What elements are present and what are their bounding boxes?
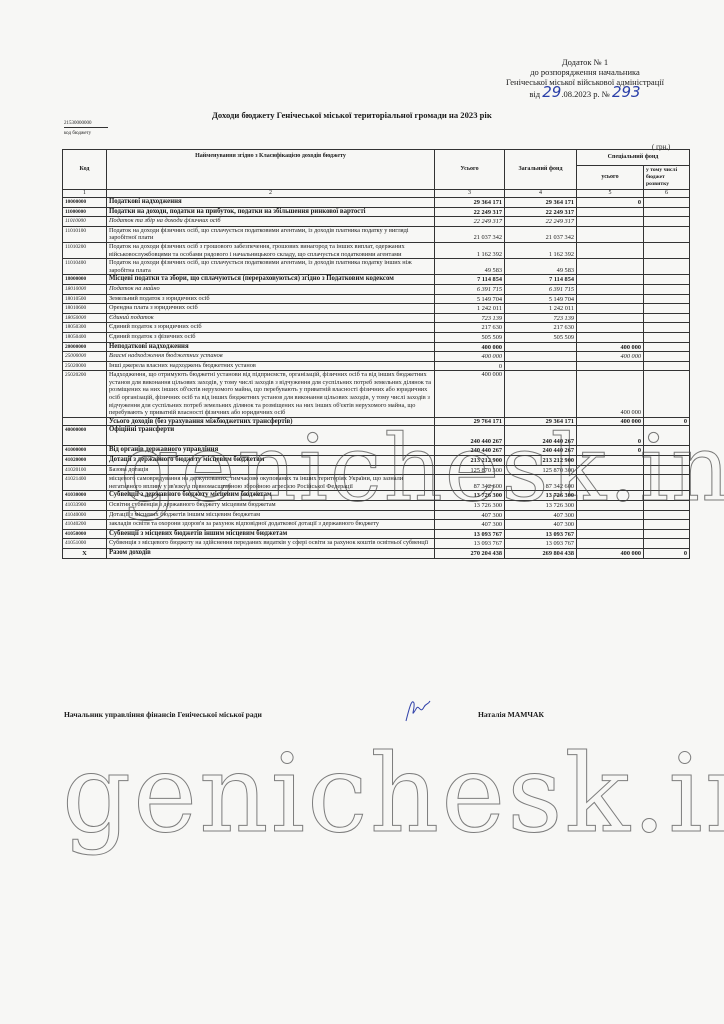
table-row: 18050300Єдиний податок з юридичних осіб2… bbox=[63, 323, 690, 333]
row-special-fund bbox=[577, 361, 644, 371]
table-row: 18050400Єдиний податок з фізичних осіб50… bbox=[63, 332, 690, 342]
row-code: 11000000 bbox=[63, 207, 107, 217]
row-name: Офіційні трансферти bbox=[107, 426, 435, 446]
table-row: 18010500Земельний податок з юридичних ос… bbox=[63, 294, 690, 304]
column-index-row: 123456 bbox=[63, 190, 690, 198]
row-name: Усього доходів (без урахування міжбюджет… bbox=[107, 417, 435, 426]
handwritten-day: 29 bbox=[542, 83, 561, 101]
row-code: 18010500 bbox=[63, 294, 107, 304]
column-index-cell: 5 bbox=[577, 190, 644, 198]
budget-code-underline bbox=[64, 127, 108, 128]
row-code: 18000000 bbox=[63, 275, 107, 285]
row-development-budget bbox=[644, 352, 690, 362]
row-development-budget bbox=[644, 342, 690, 352]
addendum-number: Додаток № 1 bbox=[470, 57, 700, 67]
row-code: 41020000 bbox=[63, 456, 107, 466]
row-name: Інші джерела власних надходжень бюджетни… bbox=[107, 361, 435, 371]
date-rest: .08.2023 р. № bbox=[561, 89, 610, 99]
row-special-fund bbox=[577, 217, 644, 227]
row-development-budget bbox=[644, 465, 690, 475]
row-special-fund: 400 000 bbox=[577, 548, 644, 558]
row-general-fund bbox=[505, 352, 577, 362]
row-special-fund bbox=[577, 332, 644, 342]
row-name: Базова дотація bbox=[107, 465, 435, 475]
table-row: 41020100Базова дотація125 870 300125 870… bbox=[63, 465, 690, 475]
row-special-fund bbox=[577, 259, 644, 275]
row-total: 29 364 171 bbox=[435, 198, 505, 208]
row-development-budget bbox=[644, 510, 690, 520]
row-general-fund: 13 726 300 bbox=[505, 491, 577, 501]
row-general-fund: 13 093 767 bbox=[505, 529, 577, 539]
column-index-cell: 1 bbox=[63, 190, 107, 198]
row-development-budget bbox=[644, 501, 690, 511]
addendum-line2: до розпорядження начальника bbox=[470, 67, 700, 77]
row-special-fund bbox=[577, 501, 644, 511]
table-row: 25020000Інші джерела власних надходжень … bbox=[63, 361, 690, 371]
row-general-fund: 87 342 600 bbox=[505, 475, 577, 491]
row-name: Податок на доходи фізичних осіб, що спла… bbox=[107, 259, 435, 275]
row-special-fund bbox=[577, 465, 644, 475]
table-row: 41030000Субвенції з державного бюджету м… bbox=[63, 491, 690, 501]
budget-code-label: код бюджету bbox=[64, 131, 108, 136]
row-development-budget bbox=[644, 361, 690, 371]
row-total: 5 149 704 bbox=[435, 294, 505, 304]
row-development-budget bbox=[644, 491, 690, 501]
row-name: Податки на доходи, податки на прибуток, … bbox=[107, 207, 435, 217]
header-special-development: у тому числі бюджет розвитку bbox=[644, 166, 690, 190]
row-name: Власні надходження бюджетних установ bbox=[107, 352, 435, 362]
header-special-total: усього bbox=[577, 166, 644, 190]
row-total: 407 300 bbox=[435, 510, 505, 520]
row-code: 25000000 bbox=[63, 352, 107, 362]
column-index-cell: 4 bbox=[505, 190, 577, 198]
row-special-fund bbox=[577, 456, 644, 466]
row-special-fund bbox=[577, 226, 644, 242]
row-total: 13 093 767 bbox=[435, 529, 505, 539]
row-name: Податок на майно bbox=[107, 284, 435, 294]
row-name: Надходження, що отримують бюджетні устан… bbox=[107, 371, 435, 418]
table-row: 18000000Місцеві податки та збори, що спл… bbox=[63, 275, 690, 285]
row-general-fund: 217 630 bbox=[505, 323, 577, 333]
row-total: 240 440 267 bbox=[435, 446, 505, 456]
row-special-fund bbox=[577, 539, 644, 549]
row-development-budget bbox=[644, 217, 690, 227]
table-row: 41033900Освітня субвенція з державного б… bbox=[63, 501, 690, 511]
row-total: 400 000 bbox=[435, 371, 505, 418]
row-name: Земельний податок з юридичних осіб bbox=[107, 294, 435, 304]
table-row: 11010200Податок на доходи фізичних осіб … bbox=[63, 242, 690, 258]
table-row: 41050000Субвенції з місцевих бюджетів ін… bbox=[63, 529, 690, 539]
row-development-budget bbox=[644, 332, 690, 342]
row-total: 1 242 011 bbox=[435, 304, 505, 314]
row-general-fund: 5 149 704 bbox=[505, 294, 577, 304]
row-total: 400 000 bbox=[435, 352, 505, 362]
row-general-fund: 13 726 300 bbox=[505, 501, 577, 511]
row-special-fund: 0 bbox=[577, 446, 644, 456]
row-general-fund: 125 870 300 bbox=[505, 465, 577, 475]
row-code: 18050400 bbox=[63, 332, 107, 342]
row-general-fund: 29 364 171 bbox=[505, 198, 577, 208]
row-special-fund: 400 000 bbox=[577, 371, 644, 418]
row-development-budget bbox=[644, 275, 690, 285]
table-row: 18050000Єдиний податок723 139723 139 bbox=[63, 313, 690, 323]
row-name: Єдиний податок з фізичних осіб bbox=[107, 332, 435, 342]
row-general-fund bbox=[505, 361, 577, 371]
row-general-fund: 407 300 bbox=[505, 510, 577, 520]
row-general-fund: 723 139 bbox=[505, 313, 577, 323]
row-code: 41000000 bbox=[63, 446, 107, 456]
row-name: Неподаткові надходження bbox=[107, 342, 435, 352]
row-development-budget bbox=[644, 426, 690, 446]
row-development-budget bbox=[644, 529, 690, 539]
row-development-budget bbox=[644, 475, 690, 491]
row-special-fund bbox=[577, 520, 644, 530]
row-name: місцевого самоврядування на деокупованих… bbox=[107, 475, 435, 491]
row-name: Субвенції з місцевих бюджетів іншим місц… bbox=[107, 529, 435, 539]
row-name: Податок та збір на доходи фізичних осіб bbox=[107, 217, 435, 227]
row-special-fund: 400 000 bbox=[577, 342, 644, 352]
row-development-budget: 0 bbox=[644, 548, 690, 558]
row-special-fund bbox=[577, 475, 644, 491]
row-special-fund bbox=[577, 529, 644, 539]
row-code: 41050000 bbox=[63, 529, 107, 539]
row-general-fund: 29 364 171 bbox=[505, 417, 577, 426]
row-general-fund: 1 242 011 bbox=[505, 304, 577, 314]
row-code: 18010600 bbox=[63, 304, 107, 314]
row-development-budget bbox=[644, 207, 690, 217]
row-code: 11010100 bbox=[63, 226, 107, 242]
table-row: 11010100Податок на доходи фізичних осіб,… bbox=[63, 226, 690, 242]
header-name: Найменування згідно з Класифікацією дохо… bbox=[107, 150, 435, 190]
row-general-fund: 505 509 bbox=[505, 332, 577, 342]
row-total: 213 212 900 bbox=[435, 456, 505, 466]
row-general-fund bbox=[505, 342, 577, 352]
handwritten-number: 293 bbox=[612, 83, 641, 101]
row-special-fund bbox=[577, 294, 644, 304]
row-code bbox=[63, 417, 107, 426]
row-name: Податок на доходи фізичних осіб, що спла… bbox=[107, 226, 435, 242]
row-code: 25020200 bbox=[63, 371, 107, 418]
row-development-budget bbox=[644, 198, 690, 208]
budget-code-block: 21530000000 код бюджету bbox=[64, 121, 108, 136]
row-special-fund bbox=[577, 491, 644, 501]
table-row: 41020000Дотації з державного бюджету міс… bbox=[63, 456, 690, 466]
row-total: 217 630 bbox=[435, 323, 505, 333]
row-special-fund bbox=[577, 207, 644, 217]
document-title: Доходи бюджету Генічеської міської терит… bbox=[212, 110, 492, 120]
column-index-cell: 6 bbox=[644, 190, 690, 198]
row-code: 20000000 bbox=[63, 342, 107, 352]
table-row: 25020200Надходження, що отримують бюджет… bbox=[63, 371, 690, 418]
table-row: 41040200закладів освіти та охорони здоро… bbox=[63, 520, 690, 530]
table-row: 18010600Орендна плата з юридичних осіб1 … bbox=[63, 304, 690, 314]
row-code: 10000000 bbox=[63, 198, 107, 208]
row-name: Податок на доходи фізичних осіб з грошов… bbox=[107, 242, 435, 258]
row-development-budget bbox=[644, 242, 690, 258]
row-name: Орендна плата з юридичних осіб bbox=[107, 304, 435, 314]
row-total: 723 139 bbox=[435, 313, 505, 323]
row-development-budget: 0 bbox=[644, 417, 690, 426]
row-code: X bbox=[63, 548, 107, 558]
row-general-fund: 269 804 438 bbox=[505, 548, 577, 558]
row-total: 13 093 767 bbox=[435, 539, 505, 549]
row-code: 41021400 bbox=[63, 475, 107, 491]
row-total: 1 162 392 bbox=[435, 242, 505, 258]
table-row: Усього доходів (без урахування міжбюджет… bbox=[63, 417, 690, 426]
row-development-budget bbox=[644, 226, 690, 242]
row-total: 13 726 300 bbox=[435, 491, 505, 501]
row-general-fund: 49 583 bbox=[505, 259, 577, 275]
revenue-table: Код Найменування згідно з Класифікацією … bbox=[62, 149, 690, 559]
table-row: 11000000Податки на доходи, податки на пр… bbox=[63, 207, 690, 217]
row-special-fund: 400 000 bbox=[577, 417, 644, 426]
row-special-fund: 0 bbox=[577, 426, 644, 446]
row-total: 6 391 715 bbox=[435, 284, 505, 294]
row-development-budget bbox=[644, 456, 690, 466]
row-code: 41040200 bbox=[63, 520, 107, 530]
signature-position: Начальник управління фінансів Генічесько… bbox=[64, 710, 262, 719]
row-development-budget bbox=[644, 371, 690, 418]
row-total: 125 870 300 bbox=[435, 465, 505, 475]
row-special-fund: 0 bbox=[577, 198, 644, 208]
row-name: Єдиний податок з юридичних осіб bbox=[107, 323, 435, 333]
row-total: 21 037 342 bbox=[435, 226, 505, 242]
date-prefix: від bbox=[529, 89, 540, 99]
row-special-fund bbox=[577, 275, 644, 285]
row-development-budget bbox=[644, 539, 690, 549]
row-code: 41051000 bbox=[63, 539, 107, 549]
row-code: 41030000 bbox=[63, 491, 107, 501]
row-special-fund bbox=[577, 510, 644, 520]
table-row: 20000000Неподаткові надходження400 00040… bbox=[63, 342, 690, 352]
table-row: 41000000Від органів державного управлінн… bbox=[63, 446, 690, 456]
row-total: 0 bbox=[435, 361, 505, 371]
row-general-fund: 240 440 267 bbox=[505, 426, 577, 446]
row-development-budget bbox=[644, 284, 690, 294]
row-development-budget bbox=[644, 259, 690, 275]
row-special-fund: 400 000 bbox=[577, 352, 644, 362]
row-total: 49 583 bbox=[435, 259, 505, 275]
row-general-fund: 13 093 767 bbox=[505, 539, 577, 549]
row-total: 87 342 600 bbox=[435, 475, 505, 491]
row-development-budget bbox=[644, 313, 690, 323]
budget-code-value: 21530000000 bbox=[64, 121, 108, 126]
row-name: Від органів державного управління bbox=[107, 446, 435, 456]
table-row: 41021400місцевого самоврядування на деок… bbox=[63, 475, 690, 491]
row-code: 11010000 bbox=[63, 217, 107, 227]
addendum-header: Додаток № 1 до розпорядження начальника … bbox=[470, 57, 700, 99]
row-total: 29 764 171 bbox=[435, 417, 505, 426]
row-development-budget bbox=[644, 294, 690, 304]
table-row: XРазом доходів270 204 438269 804 438400 … bbox=[63, 548, 690, 558]
row-name: Субвенція з місцевого бюджету на здійсне… bbox=[107, 539, 435, 549]
column-index-cell: 2 bbox=[107, 190, 435, 198]
table-row: 40000000Офіційні трансферти240 440 26724… bbox=[63, 426, 690, 446]
row-name: закладів освіти та охорони здоров'я за р… bbox=[107, 520, 435, 530]
row-total: 22 249 317 bbox=[435, 217, 505, 227]
row-code: 18010000 bbox=[63, 284, 107, 294]
row-name: Єдиний податок bbox=[107, 313, 435, 323]
row-code: 41020100 bbox=[63, 465, 107, 475]
table-body: 10000000Податкові надходження29 364 1712… bbox=[63, 198, 690, 559]
table-row: 25000000Власні надходження бюджетних уст… bbox=[63, 352, 690, 362]
row-special-fund bbox=[577, 313, 644, 323]
row-total: 505 509 bbox=[435, 332, 505, 342]
row-special-fund bbox=[577, 304, 644, 314]
header-code: Код bbox=[63, 150, 107, 190]
table-row: 41051000Субвенція з місцевого бюджету на… bbox=[63, 539, 690, 549]
row-name: Субвенції з державного бюджету місцевим … bbox=[107, 491, 435, 501]
row-name: Дотації з місцевих бюджетів іншим місцев… bbox=[107, 510, 435, 520]
row-general-fund: 407 300 bbox=[505, 520, 577, 530]
row-general-fund bbox=[505, 371, 577, 418]
row-general-fund: 6 391 715 bbox=[505, 284, 577, 294]
row-total: 407 300 bbox=[435, 520, 505, 530]
row-code: 40000000 bbox=[63, 426, 107, 446]
document-page: Додаток № 1 до розпорядження начальника … bbox=[0, 0, 724, 1024]
watermark: genichesk.info bbox=[62, 732, 724, 857]
row-code: 11010400 bbox=[63, 259, 107, 275]
row-code: 18050000 bbox=[63, 313, 107, 323]
table-row: 18010000Податок на майно6 391 7156 391 7… bbox=[63, 284, 690, 294]
row-general-fund: 1 162 392 bbox=[505, 242, 577, 258]
row-total: 7 114 854 bbox=[435, 275, 505, 285]
row-code: 18050300 bbox=[63, 323, 107, 333]
row-total: 270 204 438 bbox=[435, 548, 505, 558]
header-total: Усього bbox=[435, 150, 505, 190]
row-special-fund bbox=[577, 242, 644, 258]
row-name: Дотації з державного бюджету місцевим бю… bbox=[107, 456, 435, 466]
table-row: 10000000Податкові надходження29 364 1712… bbox=[63, 198, 690, 208]
table-row: 11010400Податок на доходи фізичних осіб,… bbox=[63, 259, 690, 275]
row-name: Місцеві податки та збори, що сплачуються… bbox=[107, 275, 435, 285]
row-total: 240 440 267 bbox=[435, 426, 505, 446]
row-special-fund bbox=[577, 284, 644, 294]
header-special-fund: Спеціальний фонд bbox=[577, 150, 690, 166]
row-total: 13 726 300 bbox=[435, 501, 505, 511]
signature-name: Наталія МАМЧАК bbox=[478, 710, 544, 719]
row-general-fund: 22 249 317 bbox=[505, 207, 577, 217]
row-total: 22 249 317 bbox=[435, 207, 505, 217]
addendum-date: від 29.08.2023 р. № 293 bbox=[470, 87, 700, 99]
row-name: Разом доходів bbox=[107, 548, 435, 558]
row-development-budget bbox=[644, 520, 690, 530]
row-general-fund: 21 037 342 bbox=[505, 226, 577, 242]
table-row: 41040000Дотації з місцевих бюджетів інши… bbox=[63, 510, 690, 520]
header-general-fund: Загальний фонд bbox=[505, 150, 577, 190]
row-code: 41040000 bbox=[63, 510, 107, 520]
row-general-fund: 22 249 317 bbox=[505, 217, 577, 227]
addendum-line3: Генічеської міської військової адміністр… bbox=[470, 77, 700, 87]
row-development-budget bbox=[644, 446, 690, 456]
row-general-fund: 213 212 900 bbox=[505, 456, 577, 466]
row-name: Освітня субвенція з державного бюджету м… bbox=[107, 501, 435, 511]
row-development-budget bbox=[644, 323, 690, 333]
row-code: 25020000 bbox=[63, 361, 107, 371]
row-name: Податкові надходження bbox=[107, 198, 435, 208]
row-code: 11010200 bbox=[63, 242, 107, 258]
row-total: 400 000 bbox=[435, 342, 505, 352]
column-index-cell: 3 bbox=[435, 190, 505, 198]
row-code: 41033900 bbox=[63, 501, 107, 511]
row-general-fund: 7 114 854 bbox=[505, 275, 577, 285]
table-row: 11010000Податок та збір на доходи фізичн… bbox=[63, 217, 690, 227]
row-general-fund: 240 440 267 bbox=[505, 446, 577, 456]
row-development-budget bbox=[644, 304, 690, 314]
signature-scribble-icon bbox=[402, 695, 432, 725]
row-special-fund bbox=[577, 323, 644, 333]
